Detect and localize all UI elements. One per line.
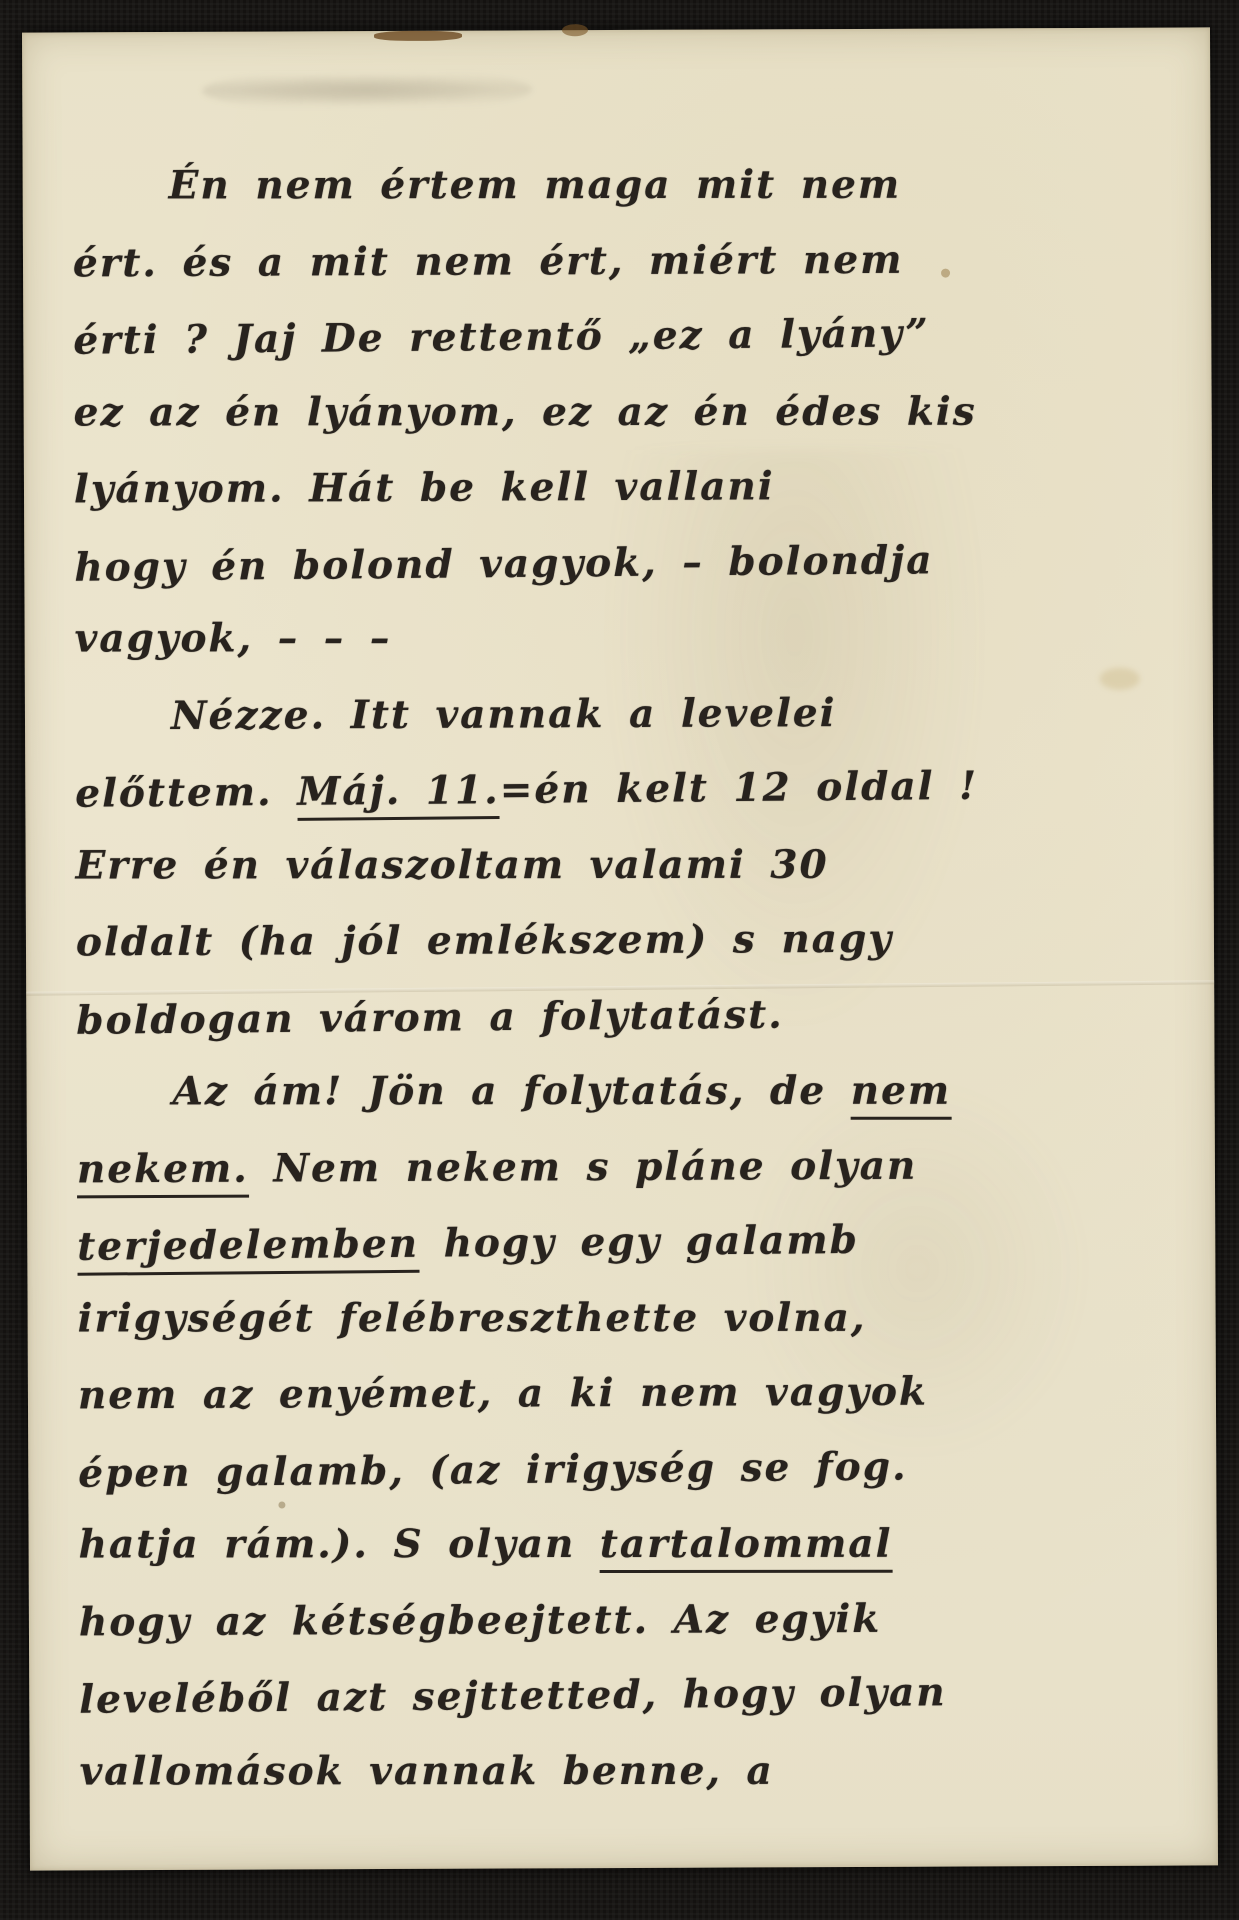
letter-text: hatja rám.). S olyan bbox=[79, 1521, 600, 1567]
underlined-word: tartalommal bbox=[600, 1521, 893, 1573]
letter-text: =én kelt 12 oldal ! bbox=[500, 763, 979, 813]
letter-text: lyányom. Hát be kell vallani bbox=[74, 463, 775, 512]
letter-paper: Én nem értem maga mit nem ért. és a mit … bbox=[22, 27, 1218, 1870]
letter-text: leveléből azt sejttetted, hogy olyan bbox=[79, 1669, 947, 1723]
letter-line: vallomások vannak benne, a bbox=[80, 1733, 1172, 1809]
letter-line: lyányom. Hát be kell vallani bbox=[74, 448, 1166, 528]
letter-line: hogy az kétségbeejtett. Az egyik bbox=[79, 1580, 1171, 1660]
letter-text: Nem nekem s pláne olyan bbox=[249, 1142, 918, 1191]
letter-line: vagyok, – – – bbox=[75, 601, 1167, 677]
underlined-word: nekem. bbox=[77, 1145, 249, 1198]
faint-pencil-smudge bbox=[202, 68, 532, 111]
letter-text: előttem. bbox=[75, 769, 297, 817]
letter-line: ez az én lyányom, ez az én édes kis bbox=[74, 374, 1166, 450]
letter-line: Nézze. Itt vannak a levelei bbox=[75, 674, 1167, 754]
underlined-word: terjedelemben bbox=[77, 1221, 419, 1276]
letter-line: Erre én válaszoltam valami 30 bbox=[76, 827, 1168, 903]
letter-text: Erre én válaszoltam valami 30 bbox=[76, 841, 829, 888]
letter-line: boldogan várom a folytatást. bbox=[76, 974, 1169, 1059]
letter-line: előttem. Máj. 11.=én kelt 12 oldal ! bbox=[75, 747, 1168, 832]
letter-text: érti ? Jaj De rettentő „ez a lyány” bbox=[73, 310, 930, 363]
letter-line: leveléből azt sejttetted, hogy olyan bbox=[79, 1653, 1172, 1738]
underlined-date: Máj. 11. bbox=[297, 767, 500, 821]
letter-text: boldogan várom a folytatást. bbox=[76, 991, 784, 1043]
letter-text: ez az én lyányom, ez az én édes kis bbox=[74, 388, 977, 435]
photo-background: Én nem értem maga mit nem ért. és a mit … bbox=[0, 0, 1239, 1920]
letter-line: nekem. Nem nekem s pláne olyan bbox=[77, 1127, 1169, 1207]
letter-text: Nézze. Itt vannak a levelei bbox=[171, 690, 837, 739]
letter-text: vagyok, – – – bbox=[75, 615, 392, 661]
letter-line: érti ? Jaj De rettentő „ez a lyány” bbox=[73, 294, 1166, 379]
paper-stain bbox=[562, 24, 588, 36]
letter-line: oldalt (ha jól emlékszem) s nagy bbox=[76, 901, 1168, 981]
letter-line: hatja rám.). S olyan tartalommal bbox=[79, 1507, 1171, 1583]
letter-line: épen galamb, (az irigység se fog. bbox=[78, 1427, 1171, 1512]
letter-line: hogy én bolond vagyok, – bolondja bbox=[74, 521, 1167, 606]
underlined-word: nem bbox=[851, 1068, 951, 1120]
letter-line: Az ám! Jön a folytatás, de nem bbox=[77, 1054, 1169, 1130]
letter-line: Én nem értem maga mit nem bbox=[73, 148, 1165, 224]
letter-line: nem az enyémet, a ki nem vagyok bbox=[78, 1354, 1170, 1434]
letter-text: nem az enyémet, a ki nem vagyok bbox=[78, 1369, 928, 1419]
letter-text: vallomások vannak benne, a bbox=[80, 1747, 774, 1794]
letter-text: Én nem értem maga mit nem bbox=[169, 162, 902, 209]
letter-text: épen galamb, (az irigység se fog. bbox=[78, 1443, 908, 1496]
letter-line: terjedelemben hogy egy galamb bbox=[77, 1200, 1170, 1285]
handwritten-text: Én nem értem maga mit nem ért. és a mit … bbox=[73, 146, 1172, 1812]
letter-text: irigységét felébreszthette volna, bbox=[78, 1294, 867, 1341]
letter-text: ért. és a mit nem ért, miért nem bbox=[73, 236, 904, 286]
letter-text: oldalt (ha jól emlékszem) s nagy bbox=[76, 916, 893, 966]
letter-line: ért. és a mit nem ért, miért nem bbox=[73, 221, 1165, 301]
letter-text: Az ám! Jön a folytatás, de bbox=[173, 1068, 851, 1115]
letter-line: irigységét felébreszthette volna, bbox=[78, 1280, 1170, 1356]
letter-text: hogy én bolond vagyok, – bolondja bbox=[74, 537, 934, 590]
letter-text: hogy egy galamb bbox=[419, 1217, 859, 1267]
letter-text: hogy az kétségbeejtett. Az egyik bbox=[79, 1595, 882, 1645]
paper-stain bbox=[374, 31, 462, 41]
